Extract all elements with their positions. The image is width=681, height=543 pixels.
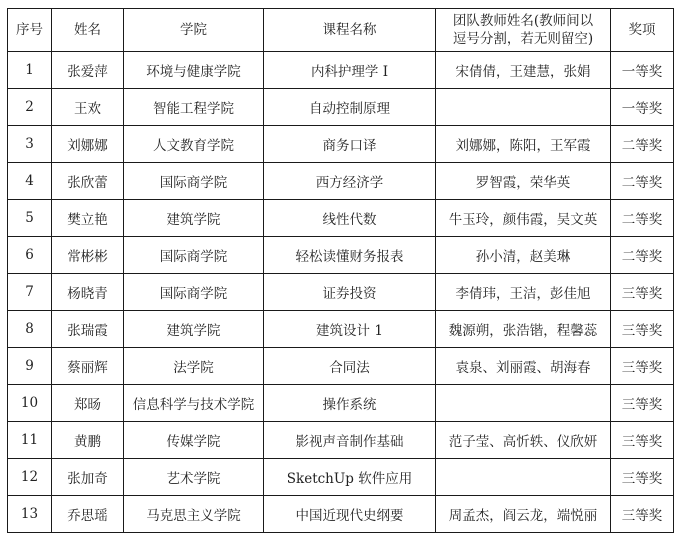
cell-name: 张爱萍 [52, 52, 124, 89]
cell-index: 3 [8, 126, 52, 163]
cell-name: 樊立艳 [52, 200, 124, 237]
cell-college: 法学院 [124, 348, 264, 385]
header-team-line1: 团队教师姓名(教师间以 [438, 12, 608, 30]
cell-name: 常彬彬 [52, 237, 124, 274]
cell-course: 自动控制原理 [264, 89, 436, 126]
cell-college: 艺术学院 [124, 459, 264, 496]
table-row: 4 张欣蕾 国际商学院 西方经济学 罗智霞，荣华英 二等奖 [8, 163, 674, 200]
table-row: 6 常彬彬 国际商学院 轻松读懂财务报表 孙小清，赵美琳 二等奖 [8, 237, 674, 274]
cell-name: 蔡丽辉 [52, 348, 124, 385]
cell-name: 张欣蕾 [52, 163, 124, 200]
table-row: 10 郑旸 信息科学与技术学院 操作系统 三等奖 [8, 385, 674, 422]
cell-name: 张加奇 [52, 459, 124, 496]
cell-team: 袁泉、刘丽霞、胡海春 [436, 348, 611, 385]
cell-college: 建筑学院 [124, 200, 264, 237]
cell-team [436, 89, 611, 126]
cell-college: 人文教育学院 [124, 126, 264, 163]
header-course: 课程名称 [264, 9, 436, 52]
cell-course: SketchUp 软件应用 [264, 459, 436, 496]
cell-team: 李倩玮，王洁，彭佳旭 [436, 274, 611, 311]
cell-course: 操作系统 [264, 385, 436, 422]
table-row: 2 王欢 智能工程学院 自动控制原理 一等奖 [8, 89, 674, 126]
cell-course: 建筑设计 1 [264, 311, 436, 348]
header-index: 序号 [8, 9, 52, 52]
header-team-line2: 逗号分割，若无则留空) [438, 30, 608, 48]
cell-college: 国际商学院 [124, 237, 264, 274]
cell-course: 西方经济学 [264, 163, 436, 200]
cell-college: 传媒学院 [124, 422, 264, 459]
cell-name: 王欢 [52, 89, 124, 126]
table-row: 8 张瑞霞 建筑学院 建筑设计 1 魏源朔，张浩锴，程馨蕊 三等奖 [8, 311, 674, 348]
cell-college: 国际商学院 [124, 163, 264, 200]
cell-course: 合同法 [264, 348, 436, 385]
cell-index: 13 [8, 496, 52, 533]
cell-index: 11 [8, 422, 52, 459]
cell-course: 商务口译 [264, 126, 436, 163]
cell-college: 信息科学与技术学院 [124, 385, 264, 422]
table-row: 11 黄鹏 传媒学院 影视声音制作基础 范子莹、高忻轶、仪欣妍 三等奖 [8, 422, 674, 459]
cell-college: 建筑学院 [124, 311, 264, 348]
header-team: 团队教师姓名(教师间以 逗号分割，若无则留空) [436, 9, 611, 52]
cell-name: 郑旸 [52, 385, 124, 422]
cell-name: 乔思瑶 [52, 496, 124, 533]
header-college: 学院 [124, 9, 264, 52]
cell-award: 三等奖 [611, 459, 674, 496]
cell-team: 刘娜娜，陈阳，王军霞 [436, 126, 611, 163]
cell-team: 罗智霞，荣华英 [436, 163, 611, 200]
table-row: 13 乔思瑶 马克思主义学院 中国近现代史纲要 周孟杰，阎云龙，端悦丽 三等奖 [8, 496, 674, 533]
cell-index: 5 [8, 200, 52, 237]
table-row: 1 张爱萍 环境与健康学院 内科护理学 I 宋倩倩，王建慧，张娟 一等奖 [8, 52, 674, 89]
cell-index: 9 [8, 348, 52, 385]
cell-team: 范子莹、高忻轶、仪欣妍 [436, 422, 611, 459]
cell-award: 三等奖 [611, 385, 674, 422]
cell-course: 内科护理学 I [264, 52, 436, 89]
cell-award: 二等奖 [611, 163, 674, 200]
table-row: 5 樊立艳 建筑学院 线性代数 牛玉玲，颜伟霞，吴文英 二等奖 [8, 200, 674, 237]
cell-course: 轻松读懂财务报表 [264, 237, 436, 274]
cell-index: 2 [8, 89, 52, 126]
cell-team [436, 459, 611, 496]
cell-college: 国际商学院 [124, 274, 264, 311]
cell-award: 三等奖 [611, 348, 674, 385]
cell-name: 张瑞霞 [52, 311, 124, 348]
cell-course: 线性代数 [264, 200, 436, 237]
cell-award: 二等奖 [611, 237, 674, 274]
cell-team: 周孟杰，阎云龙，端悦丽 [436, 496, 611, 533]
table-row: 7 杨晓青 国际商学院 证券投资 李倩玮，王洁，彭佳旭 三等奖 [8, 274, 674, 311]
cell-index: 12 [8, 459, 52, 496]
cell-award: 一等奖 [611, 52, 674, 89]
header-name: 姓名 [52, 9, 124, 52]
cell-course: 中国近现代史纲要 [264, 496, 436, 533]
cell-award: 一等奖 [611, 89, 674, 126]
cell-index: 6 [8, 237, 52, 274]
awards-table: 序号 姓名 学院 课程名称 团队教师姓名(教师间以 逗号分割，若无则留空) 奖项… [7, 8, 674, 533]
cell-index: 4 [8, 163, 52, 200]
cell-award: 三等奖 [611, 496, 674, 533]
cell-team [436, 385, 611, 422]
table-row: 9 蔡丽辉 法学院 合同法 袁泉、刘丽霞、胡海春 三等奖 [8, 348, 674, 385]
cell-award: 二等奖 [611, 200, 674, 237]
cell-award: 三等奖 [611, 274, 674, 311]
cell-college: 智能工程学院 [124, 89, 264, 126]
cell-course: 影视声音制作基础 [264, 422, 436, 459]
cell-index: 1 [8, 52, 52, 89]
header-award: 奖项 [611, 9, 674, 52]
cell-team: 宋倩倩，王建慧，张娟 [436, 52, 611, 89]
cell-team: 孙小清，赵美琳 [436, 237, 611, 274]
cell-team: 魏源朔，张浩锴，程馨蕊 [436, 311, 611, 348]
cell-name: 黄鹏 [52, 422, 124, 459]
cell-course: 证券投资 [264, 274, 436, 311]
cell-award: 三等奖 [611, 311, 674, 348]
cell-team: 牛玉玲，颜伟霞，吴文英 [436, 200, 611, 237]
table-row: 12 张加奇 艺术学院 SketchUp 软件应用 三等奖 [8, 459, 674, 496]
cell-index: 10 [8, 385, 52, 422]
cell-index: 8 [8, 311, 52, 348]
table-header-row: 序号 姓名 学院 课程名称 团队教师姓名(教师间以 逗号分割，若无则留空) 奖项 [8, 9, 674, 52]
cell-award: 二等奖 [611, 126, 674, 163]
cell-name: 刘娜娜 [52, 126, 124, 163]
cell-index: 7 [8, 274, 52, 311]
table-row: 3 刘娜娜 人文教育学院 商务口译 刘娜娜，陈阳，王军霞 二等奖 [8, 126, 674, 163]
cell-college: 环境与健康学院 [124, 52, 264, 89]
cell-name: 杨晓青 [52, 274, 124, 311]
cell-award: 三等奖 [611, 422, 674, 459]
cell-college: 马克思主义学院 [124, 496, 264, 533]
